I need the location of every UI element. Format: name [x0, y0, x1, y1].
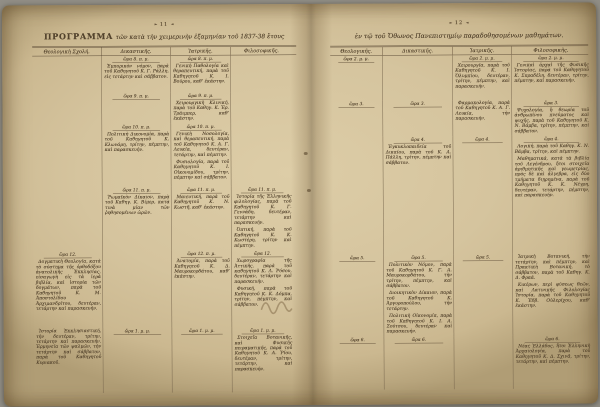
course-entry: Γενικὴ Παθολογία καὶ θεραπευτική, παρὰ τ…	[173, 63, 229, 84]
timetable-cell: ὥρα 6.	[384, 336, 454, 389]
course-entry: Ἱστορία τῆς Ἑλληνικῆς φιλολογίας, παρὰ τ…	[234, 194, 292, 226]
timetable-cell: ὥρα 3.	[330, 101, 382, 137]
timetable-row: ὥρα 5.ὥρα 5.Πολιτικὸν Νόμον, παρὰ τοῦ Κα…	[331, 254, 589, 337]
timetable-cell: ὥρα 11. π. μ.Μαιευτική, παρὰ τοῦ Καθηγητ…	[171, 186, 231, 251]
timetable-row: ὥρα 12.Δογματικὴ Θεολογία, κατὰ τὸ σύστη…	[33, 250, 297, 328]
timetable-row: Ἱστορία Ἐκκλησιαστική, τὴν δευτέραν, τρί…	[34, 327, 298, 393]
hour-label: ὥρα 6.	[525, 336, 580, 342]
page-right: ► 12 ◄ ἐν τῷ τοῦ Ὄθωνος Πανεπιστημίῳ παρ…	[327, 15, 593, 404]
timetable-cell: ὥρα 12.Χωρογραφία τῆς Ἀττικῆς, παρὰ τοῦ …	[231, 250, 293, 327]
timetable-cell	[454, 336, 513, 389]
page-number-right: ► 12 ◄	[327, 19, 591, 26]
hour-label: ὥρα 4.	[524, 137, 579, 143]
column-header: Ἰατρικῆς.	[170, 47, 230, 55]
course-entry: Γενικαὶ ἀρχαὶ τῆς Φυσικῆς Ἱστορίας, παρὰ…	[514, 62, 589, 83]
hour-label: ὥρα 6.	[395, 337, 444, 343]
timetable-cell: ὥρα 12. π. μ.Ἀνατομία, παρὰ τοῦ Καθηγητο…	[171, 250, 231, 327]
timetable-row: ὥρα 8. π. μ.Ἐμπορικὸν νόμον, παρὰ τοῦ Κα…	[32, 55, 296, 93]
course-entry: Μαθηματικά, κατὰ τὰ βιβλία τοῦ Λεγένδρου…	[515, 156, 590, 198]
program-word: ΠΡΟΓΡΑΜΜΑ	[44, 31, 113, 41]
column-header: Ἰατρικῆς.	[452, 46, 511, 54]
timetable-cell: ὥρα 10. π. μ.Πολιτικὴ Δικονομία, παρὰ το…	[102, 124, 171, 187]
course-entry: Νέας Ἑλλάδος, ἤτοι Ἑλληνικὴ Ἀρχαιολογία,…	[516, 343, 591, 364]
timetable-cell: ὥρα 1. μ. μ.	[103, 328, 172, 393]
left-title-rest: τῶν κατὰ τὴν χειμερινὴν ἐξαμηνίαν τοῦ 18…	[116, 33, 285, 41]
course-entry: Ἐμπορικὸν νόμον, παρὰ τοῦ Καθηγητοῦ Κ. Γ…	[104, 64, 169, 80]
course-entry: Χωρογραφία τῆς Ἀττικῆς, παρὰ τοῦ καθηγητ…	[234, 258, 292, 284]
course-entry: Πολιτικὴ Δικονομία, παρὰ τοῦ Καθηγητοῦ Κ…	[105, 132, 170, 153]
column-header: Θεολογικὴ Σχολή.	[32, 48, 101, 56]
course-entry: Χειρουργικὴ Κλινική, παρὰ τοῦ Καθηγ. Κ. …	[173, 100, 229, 121]
ornament-right-icon: ◄	[171, 22, 174, 26]
timetable-cell: ὥρα 6.	[332, 337, 384, 390]
course-entry: Ψυχολογία, ἢ θεωρία τοῦ ἀνθρωπίνου πνεύμ…	[514, 107, 589, 133]
hour-label: ὥρα 1. μ. μ.	[113, 329, 161, 335]
column-header: Φιλοσοφικῆς.	[230, 47, 292, 55]
hour-label: ὥρα 1. μ. μ.	[181, 328, 222, 334]
timetable-cell: ὥρα 2. μ. μ.Χειρουργία, παρὰ τοῦ Καθηγητ…	[452, 55, 511, 100]
course-entry: Φαρμακολογία, παρὰ τοῦ Καθηγητοῦ Κ. Α. Γ…	[455, 100, 510, 121]
timetable-cell: ὥρα 2. μ. μ.Γενικαὶ ἀρχαὶ τῆς Φυσικῆς Ἱσ…	[511, 54, 590, 99]
hour-label: ὥρα 12.	[44, 252, 92, 258]
hour-label: ὥρα 9. π. μ.	[112, 94, 160, 100]
timetable-cell	[33, 124, 102, 187]
hour-label: ὥρα 3.	[524, 101, 579, 107]
timetable-cell	[230, 55, 292, 92]
handwritten-squiggle-mark	[259, 295, 293, 315]
hour-label: ὥρα 3.	[338, 102, 374, 108]
timetable-cell: ὥρα 12.Δογματικὴ Θεολογία, κατὰ τὸ σύστη…	[33, 251, 102, 328]
hour-label: ὥρα 11. π. μ.	[180, 187, 221, 193]
hour-label: ὥρα 2. μ. μ.	[523, 56, 578, 62]
course-entry: Πολιτικὸν Νόμον, παρὰ τοῦ Καθηγητοῦ Κ. Γ…	[386, 262, 452, 288]
timetable-cell: ὥρα 5.	[453, 254, 512, 336]
timetable-cell: Ἱστορία Ἐκκλησιαστική, τὴν δευτέραν, τρί…	[34, 328, 103, 393]
course-entry: Στοιχεῖα Βοτανικῆς, καὶ Φυσικῆς πειραματ…	[235, 335, 293, 372]
timetable-cell: ὥρα 8. π. μ.Γενικὴ Παθολογία καὶ θεραπευ…	[170, 55, 230, 92]
course-entry: Μαιευτική, παρὰ τοῦ Καθηγητοῦ Κ. Ν. Κωστ…	[174, 194, 230, 210]
hour-label: ὥρα 8. π. μ.	[112, 57, 160, 63]
timetable-cell	[32, 93, 101, 124]
column-header: Θεολογικῆς.	[330, 47, 382, 55]
column-header: Δικαστικῆς.	[382, 47, 452, 55]
page-left-content: ► 11 ◄ ΠΡΟΓΡΑΜΜΑ τῶν κατὰ τὴν χειμερινὴν…	[29, 21, 301, 393]
timetable-row: ὥρα 4.Ἐγκυκλοπαιδεία τοῦ Δικαίου, παρὰ τ…	[331, 136, 590, 255]
right-page-title: ἐν τῷ τοῦ Ὄθωνος Πανεπιστημίῳ παραδοθησο…	[327, 31, 591, 40]
hour-label: ὥρα 6.	[340, 338, 376, 344]
timetable-row: ὥρα 6.ὥρα 6.ὥρα 6.Νέας Ἑλλάδος, ἤτοι Ἑλλ…	[332, 335, 590, 389]
binding-stitch-mark	[304, 152, 308, 155]
page-number-value: 11	[160, 22, 168, 28]
hour-label: ὥρα 5.	[339, 256, 375, 262]
timetable-cell: Ἰατρικὴ Βοτανική, τὴν τετάρτην, καὶ πέμπ…	[512, 254, 591, 336]
hour-label: ὥρα 3.	[393, 101, 442, 107]
timetable-cell: ὥρα 5.	[331, 255, 383, 337]
course-entry: Κικέρων, περὶ φύσεως θεῶν, καὶ Λατινικῆς…	[515, 282, 590, 308]
course-entry: Ὀπτική, παρὰ τοῦ Καθηγητοῦ Κ. Κ. Κωστέρη…	[234, 227, 292, 248]
timetable-cell: ὥρα 11. π. μ.Ῥωμαϊκὸν Δίκαιον, παρὰ τοῦ …	[102, 187, 171, 252]
timetable-cell: ὥρα 5.Πολιτικὸν Νόμον, παρὰ τοῦ Καθηγητο…	[383, 254, 453, 336]
column-header: Φιλοσοφικῆς.	[511, 46, 590, 54]
timetable-cell: ὥρα 6.Νέας Ἑλλάδος, ἤτοι Ἑλληνικὴ Ἀρχαιο…	[513, 335, 592, 388]
column-header: Δικαστικῆς.	[101, 47, 170, 55]
hour-label: ὥρα 12.	[241, 251, 284, 257]
binding-stitch-mark	[307, 189, 311, 192]
timetable-cell: ὥρα 9. π. μ.	[101, 93, 170, 124]
course-entry: Ἱστορία Ἐκκλησιαστική, τὴν δευτέραν, τρί…	[36, 329, 101, 366]
page-number-value: 12	[455, 20, 463, 26]
hour-label: ὥρα 9. π. μ.	[180, 93, 221, 99]
hour-label: ὥρα 1. μ. μ.	[241, 328, 284, 334]
hour-label: ὥρα 5.	[463, 255, 504, 261]
course-entry: Δογματικὴ Θεολογία, κατὰ τὸ σύστημα τῆς …	[36, 259, 101, 312]
timetable-right: Θεολογικῆς.Δικαστικῆς.Ἰατρικῆς.Φιλοσοφικ…	[330, 44, 590, 389]
timetable-row: ὥρα 3.ὥρα 3.Φαρμακολογία, παρὰ τοῦ Καθηγ…	[330, 99, 588, 136]
left-page-title: ΠΡΟΓΡΑΜΜΑ τῶν κατὰ τὴν χειμερινὴν ἐξαμην…	[30, 31, 298, 42]
hour-label: ὥρα 2. μ. μ.	[338, 57, 374, 63]
timetable-cell: ὥρα 1. μ. μ.Στοιχεῖα Βοτανικῆς, καὶ Φυσι…	[232, 327, 294, 392]
timetable-left: Θεολογικὴ Σχολή.Δικαστικῆς.Ἰατρικῆς.Φιλο…	[32, 45, 298, 393]
course-entry: Διοικητικὸν Δίκαιον, παρὰ τοῦ Καθηγητοῦ …	[386, 290, 452, 311]
course-entry: Φυσιολογία, παρὰ τοῦ Καθηγητοῦ Κ. Ι. Οἰκ…	[174, 159, 230, 180]
hour-label: ὥρα 10. π. μ.	[112, 125, 160, 131]
course-entry: Ἐγκυκλοπαιδεία τοῦ Δικαίου, παρὰ τοῦ Κ. …	[386, 144, 452, 165]
course-entry: Ἰατρικὴ Βοτανική, τὴν τετάρτην, καὶ πέμπ…	[515, 254, 590, 280]
timetable-cell	[231, 123, 293, 186]
course-entry: Γενικὴ Νοσολογία, καὶ θεραπευτική, παρὰ …	[174, 131, 230, 157]
hour-label: ὥρα 4.	[394, 137, 443, 143]
timetable-row: ὥρα 11. π. μ.Ῥωμαϊκὸν Δίκαιον, παρὰ τοῦ …	[33, 186, 297, 252]
hour-label: ὥρα 10. π. μ.	[180, 124, 221, 130]
timetable-cell: ὥρα 11. π. μ.Ἱστορία τῆς Ἑλληνικῆς φιλολ…	[231, 186, 293, 251]
timetable-cell: ὥρα 3.	[382, 100, 452, 136]
hour-label: ὥρα 12. π. μ.	[181, 251, 222, 257]
course-entry: Λογική, παρὰ τοῦ Καθηγ. Κ. Ν. Βάμβα, τρί…	[515, 144, 590, 155]
hour-label: ὥρα 2. μ. μ.	[462, 56, 503, 62]
course-entry: Ἀνατομία, παρὰ τοῦ Καθηγητοῦ Κ. Δ. Μαυρο…	[174, 258, 230, 279]
course-entry: Πολιτικὴ Οἰκονομία, παρὰ τοῦ Καθηγητοῦ Κ…	[387, 313, 453, 334]
ornament-right-icon: ◄	[466, 21, 469, 25]
page-number-left: ► 11 ◄	[29, 21, 299, 28]
timetable-cell	[33, 187, 102, 252]
course-entry: Ῥωμαϊκὸν Δίκαιον, παρὰ τοῦ Καθηγ. Κ. Βίμ…	[105, 195, 170, 216]
hour-label: ὥρα 8. π. μ.	[180, 56, 221, 62]
timetable-row: ὥρα 2. μ. μ.ὥρα 2. μ. μ.Χειρουργία, παρὰ…	[330, 54, 588, 100]
ornament-left-icon: ►	[155, 22, 158, 26]
page-left: ► 11 ◄ ΠΡΟΓΡΑΜΜΑ τῶν κατὰ τὴν χειμερινὴν…	[29, 17, 301, 406]
timetable-cell: ὥρα 8. π. μ.Ἐμπορικὸν νόμον, παρὰ τοῦ Κα…	[101, 56, 170, 93]
timetable-cell	[230, 92, 292, 123]
hour-label: ὥρα 11. π. μ.	[241, 187, 284, 193]
timetable-cell: ὥρα 9. π. μ.Χειρουργικὴ Κλινική, παρὰ το…	[170, 92, 230, 123]
timetable-cell	[32, 56, 101, 93]
timetable-cell: ὥρα 2. μ. μ.	[330, 56, 382, 101]
ornament-left-icon: ►	[450, 21, 453, 25]
hour-label: ὥρα 5.	[394, 255, 443, 261]
timetable-cell: ὥρα 4.Λογική, παρὰ τοῦ Καθηγ. Κ. Ν. Βάμβ…	[512, 136, 592, 254]
timetable-cell: ὥρα 1. μ. μ.	[172, 327, 232, 392]
timetable-row: ὥρα 9. π. μ.ὥρα 9. π. μ.Χειρουργικὴ Κλιν…	[32, 92, 296, 124]
timetable-cell: ὥρα 4.Ἐγκυκλοπαιδεία τοῦ Δικαίου, παρὰ τ…	[383, 136, 454, 254]
timetable-cell	[102, 251, 171, 328]
page-right-content: ► 12 ◄ ἐν τῷ τοῦ Ὄθωνος Πανεπιστημίῳ παρ…	[327, 19, 593, 389]
hour-label: ὥρα 4.	[462, 137, 503, 143]
hour-label: ὥρα 11. π. μ.	[113, 188, 161, 194]
timetable-cell: ὥρα 4.	[453, 136, 513, 254]
timetable-cell	[331, 137, 384, 255]
book-gutter-shadow	[290, 4, 334, 405]
timetable-cell	[382, 55, 452, 100]
timetable-cell: ὥρα 10. π. μ.Γενικὴ Νοσολογία, καὶ θεραπ…	[171, 123, 231, 186]
timetable-row: ὥρα 10. π. μ.Πολιτικὴ Δικονομία, παρὰ το…	[33, 123, 297, 187]
timetable-cell: ὥρα 3.Ψυχολογία, ἢ θεωρία τοῦ ἀνθρωπίνου…	[511, 99, 590, 136]
scanned-book-spread: ► 11 ◄ ΠΡΟΓΡΑΜΜΑ τῶν κατὰ τὴν χειμερινὴν…	[2, 2, 598, 406]
timetable-cell: Φαρμακολογία, παρὰ τοῦ Καθηγητοῦ Κ. Α. Γ…	[452, 100, 511, 136]
course-entry: Χειρουργία, παρὰ τοῦ Καθηγητοῦ Κ. Ι. Ὀλυ…	[455, 63, 510, 89]
